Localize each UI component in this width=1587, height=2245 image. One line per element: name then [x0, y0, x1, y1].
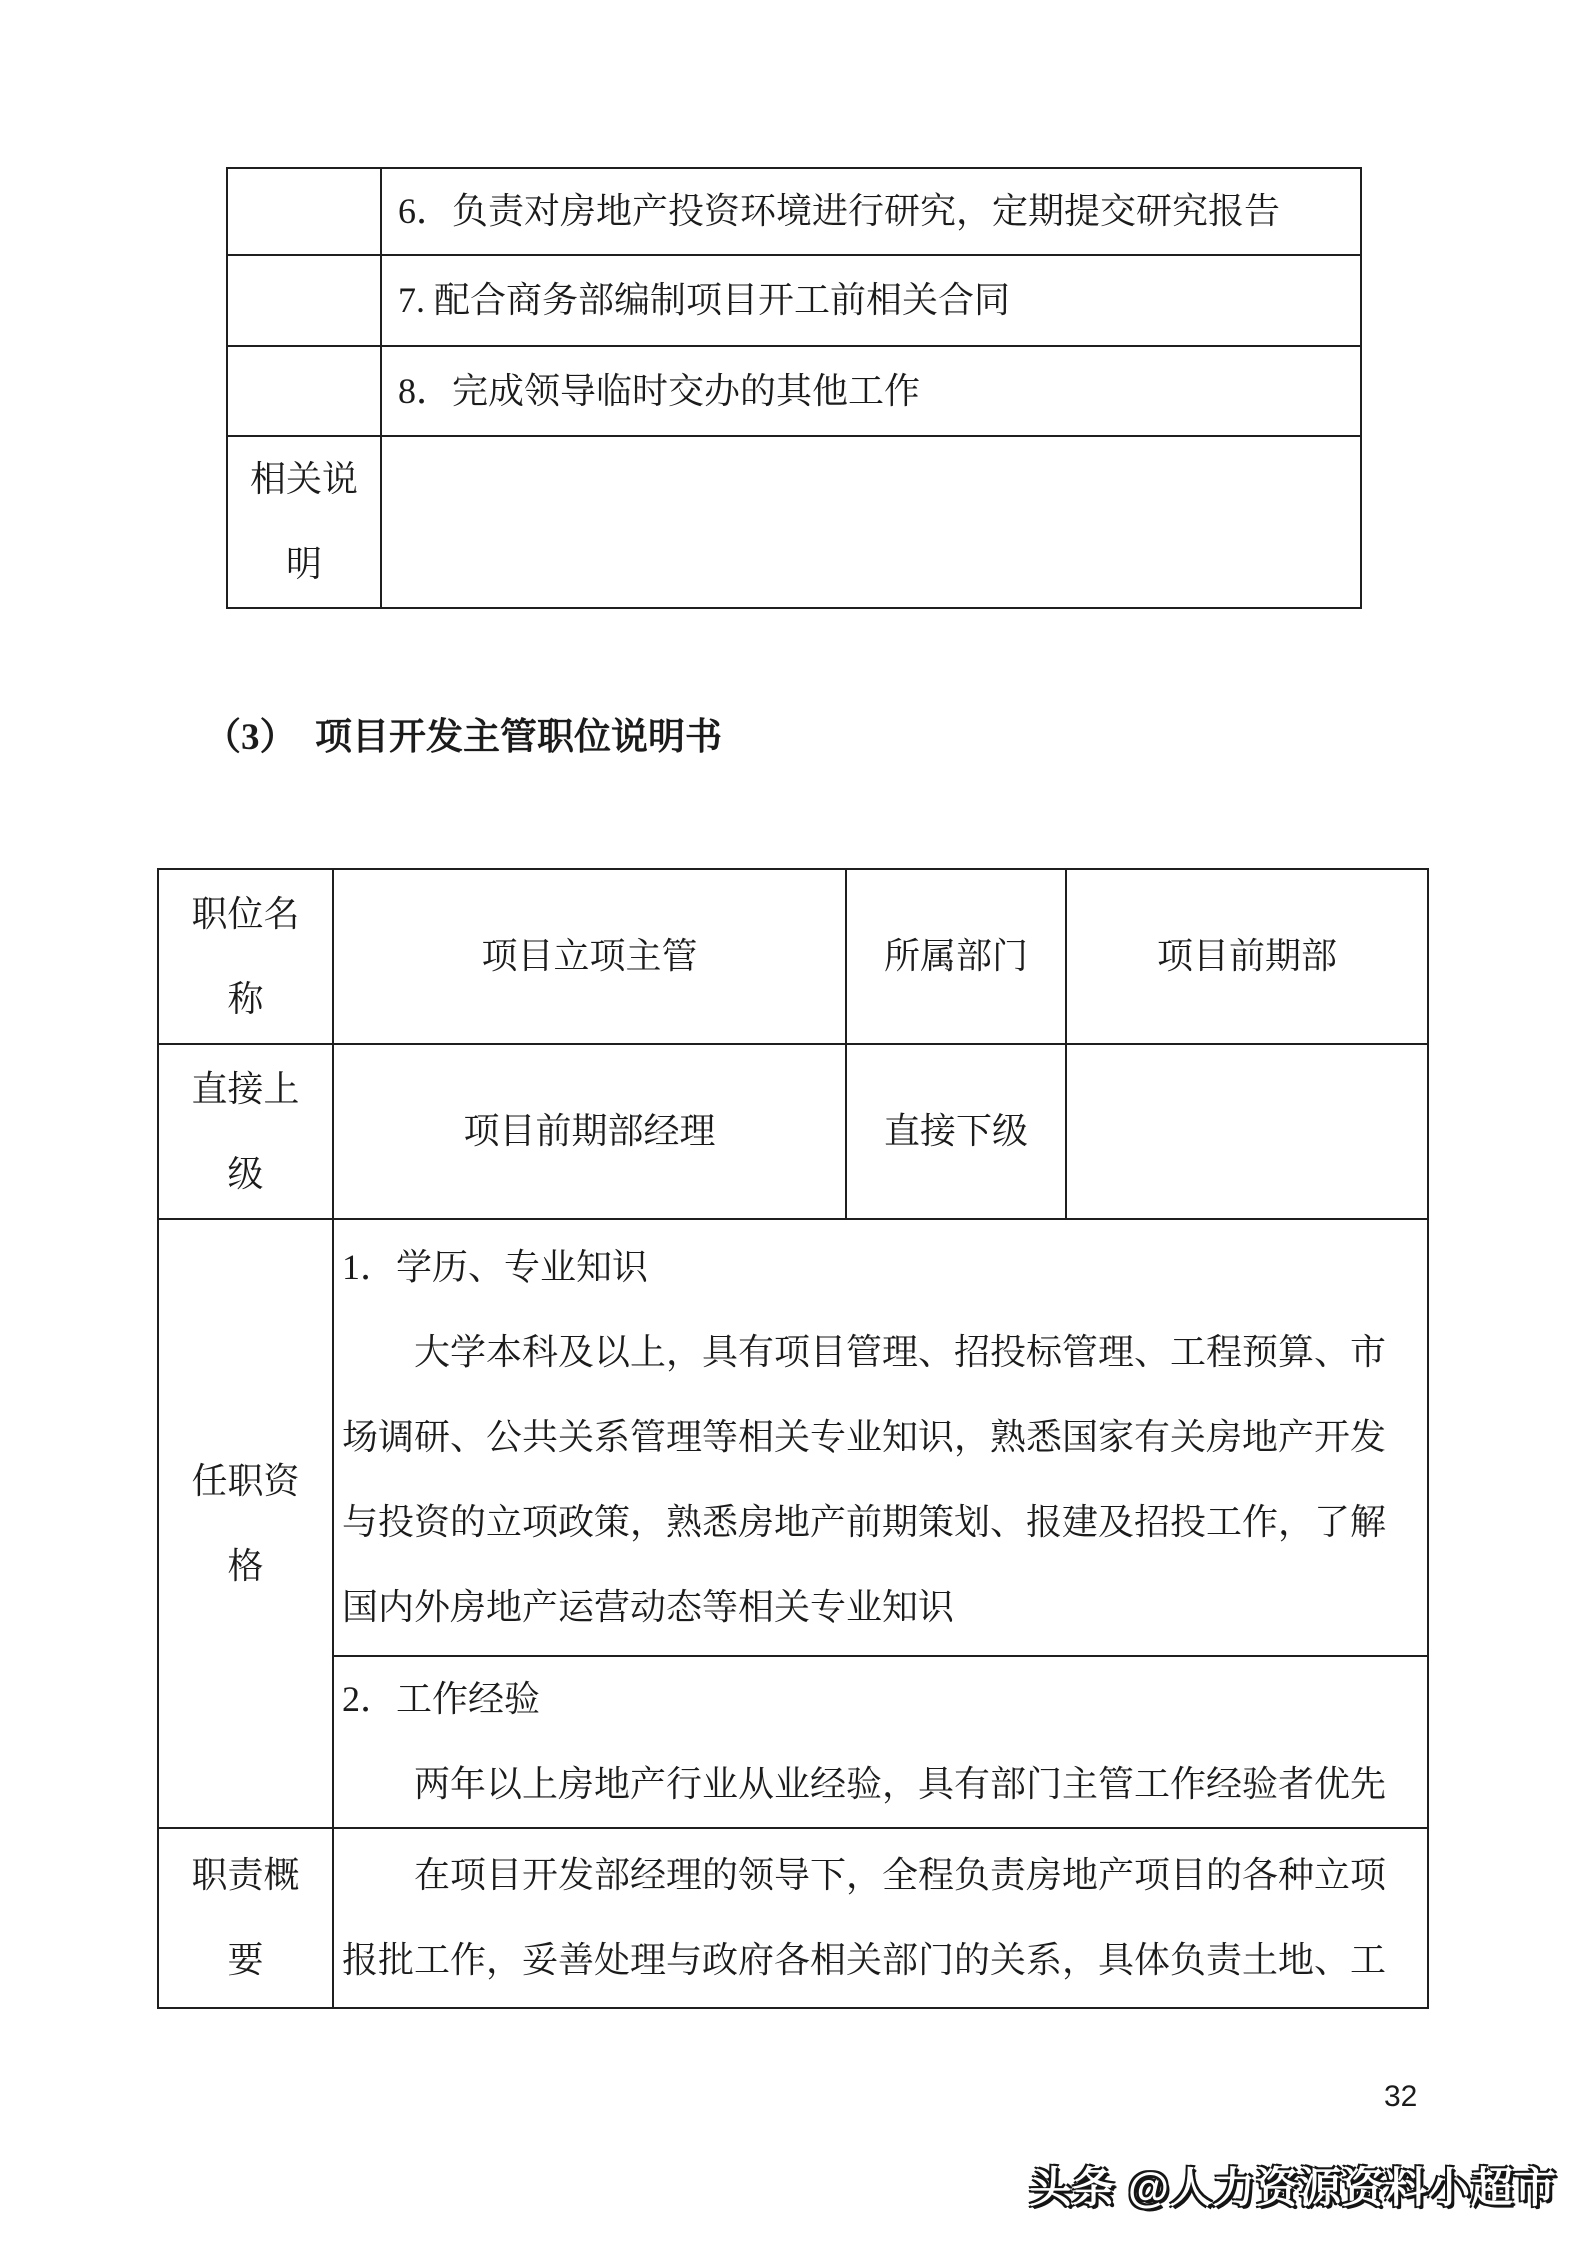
- section-heading: （3） 项目开发主管职位说明书: [204, 694, 722, 781]
- position-name-label: 职位名 称: [158, 869, 333, 1044]
- duty-summary-content: 在项目开发部经理的领导下，全程负责房地产项目的各种立项 报批工作，妥善处理与政府…: [333, 1828, 1428, 2008]
- duty-item-7: 7. 配合商务部编制项目开工前相关合同: [381, 255, 1361, 346]
- duties-table-continued: 6．负责对房地产投资环境进行研究，定期提交研究报告 7. 配合商务部编制项目开工…: [226, 167, 1362, 609]
- department-value: 项目前期部: [1066, 869, 1428, 1044]
- row-label-empty: [227, 346, 381, 436]
- duty-item-6: 6．负责对房地产投资环境进行研究，定期提交研究报告: [381, 168, 1361, 255]
- table-row: 直接上 级 项目前期部经理 直接下级: [158, 1044, 1428, 1219]
- qualification-education: 1．学历、专业知识 大学本科及以上，具有项目管理、招投标管理、工程预算、市 场调…: [333, 1219, 1428, 1656]
- position-name-value: 项目立项主管: [333, 869, 846, 1044]
- row-label-empty: [227, 255, 381, 346]
- table-row: 2．工作经验 两年以上房地产行业从业经验，具有部门主管工作经验者优先: [158, 1656, 1428, 1828]
- duty-item-8: 8．完成领导临时交办的其他工作: [381, 346, 1361, 436]
- qualification-label: 任职资 格: [158, 1219, 333, 1828]
- subordinate-value-empty: [1066, 1044, 1428, 1219]
- table-row: 8．完成领导临时交办的其他工作: [227, 346, 1361, 436]
- supervisor-value: 项目前期部经理: [333, 1044, 846, 1219]
- remarks-value-empty: [381, 436, 1361, 608]
- table-row: 6．负责对房地产投资环境进行研究，定期提交研究报告: [227, 168, 1361, 255]
- remarks-label: 相关说 明: [227, 436, 381, 608]
- row-label-empty: [227, 168, 381, 255]
- department-label: 所属部门: [846, 869, 1066, 1044]
- document-page: 6．负责对房地产投资环境进行研究，定期提交研究报告 7. 配合商务部编制项目开工…: [0, 0, 1587, 2245]
- page-number: 32: [1384, 2080, 1417, 2114]
- job-description-table: 职位名 称 项目立项主管 所属部门 项目前期部 直接上 级 项目前期部经理 直接…: [157, 868, 1429, 2009]
- table-row: 职位名 称 项目立项主管 所属部门 项目前期部: [158, 869, 1428, 1044]
- subordinate-label: 直接下级: [846, 1044, 1066, 1219]
- watermark: 头条 @人力资源资料小超市: [1029, 2160, 1557, 2216]
- table-row: 任职资 格 1．学历、专业知识 大学本科及以上，具有项目管理、招投标管理、工程预…: [158, 1219, 1428, 1656]
- table-row: 7. 配合商务部编制项目开工前相关合同: [227, 255, 1361, 346]
- table-row: 职责概 要 在项目开发部经理的领导下，全程负责房地产项目的各种立项 报批工作，妥…: [158, 1828, 1428, 2008]
- qualification-experience: 2．工作经验 两年以上房地产行业从业经验，具有部门主管工作经验者优先: [333, 1656, 1428, 1828]
- supervisor-label: 直接上 级: [158, 1044, 333, 1219]
- duty-summary-label: 职责概 要: [158, 1828, 333, 2008]
- table-row: 相关说 明: [227, 436, 1361, 608]
